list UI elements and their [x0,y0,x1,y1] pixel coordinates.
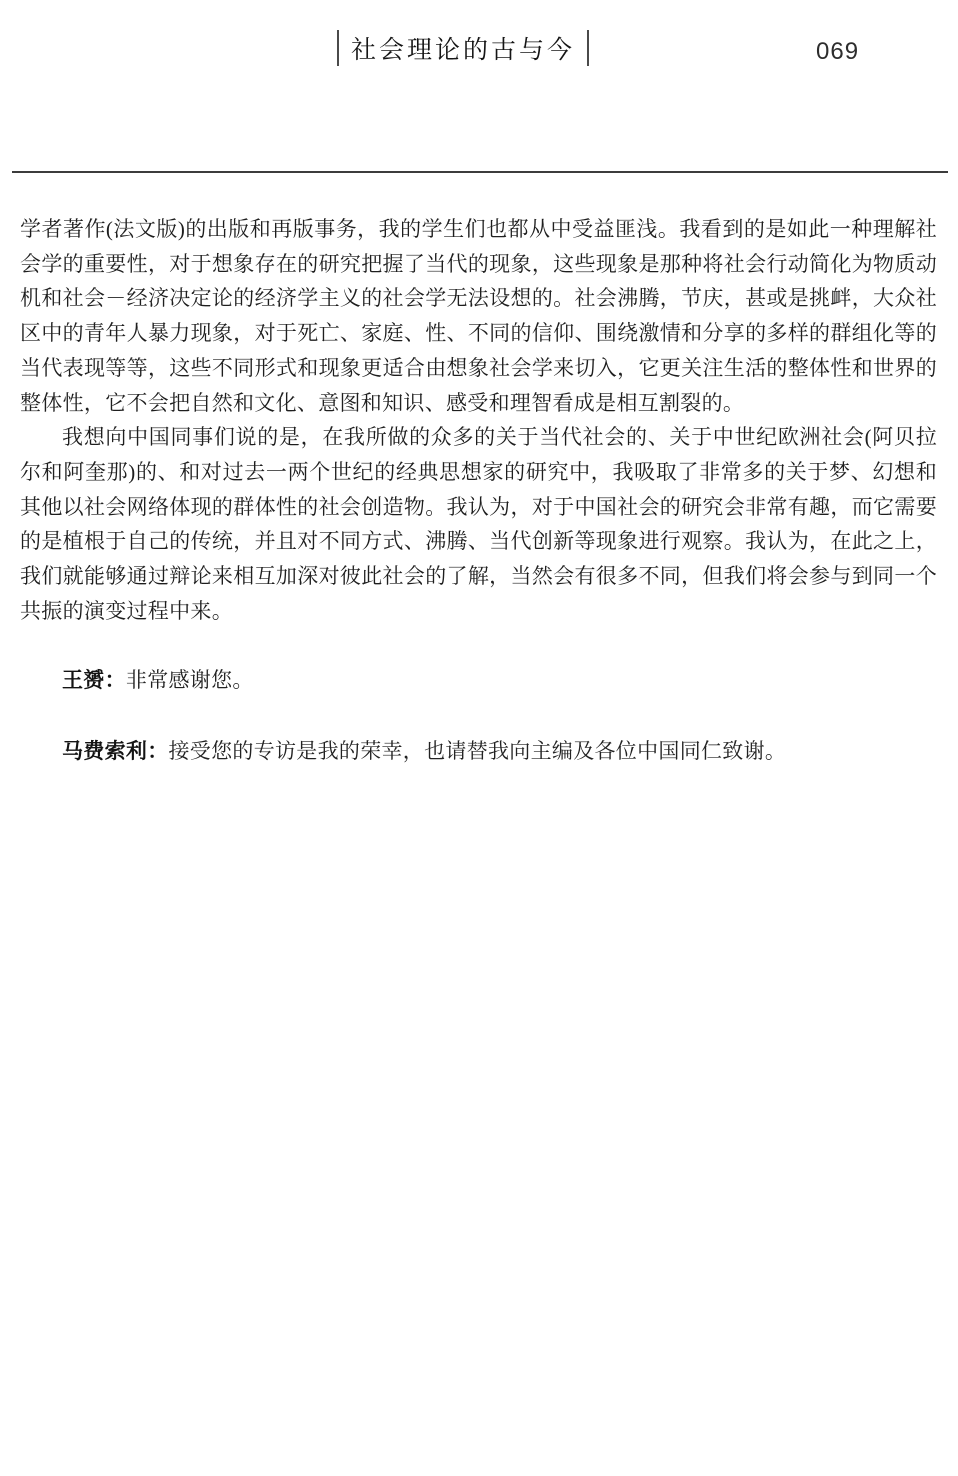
dialogue-line: 马费索利：接受您的专访是我的荣幸，也请替我向主编及各位中国同仁致谢。 [20,734,937,770]
title-rule-left-icon [337,30,339,66]
title-rule-right-icon [587,30,589,66]
speech-text: 接受您的专访是我的荣幸，也请替我向主编及各位中国同仁致谢。 [169,739,787,763]
body-paragraph: 我想向中国同事们说的是，在我所做的众多的关于当代社会的、关于中世纪欧洲社会(阿贝… [20,420,937,628]
article-body: 学者著作(法文版)的出版和再版事务，我的学生们也都从中受益匪浅。我看到的是如此一… [20,212,937,769]
page-number: 069 [816,38,859,66]
document-page: 社会理论的古与今 069 学者著作(法文版)的出版和再版事务，我的学生们也都从中… [0,0,958,1476]
dialogue-line: 王赟：非常感谢您。 [20,663,937,699]
body-paragraph: 学者著作(法文版)的出版和再版事务，我的学生们也都从中受益匪浅。我看到的是如此一… [20,212,937,420]
speech-text: 非常感谢您。 [126,668,254,692]
running-title-text: 社会理论的古与今 [351,30,575,66]
speaker-name: 马费索利： [62,740,169,763]
speaker-name: 王赟： [62,669,126,692]
header-divider [12,171,948,173]
running-title: 社会理论的古与今 [337,30,589,66]
